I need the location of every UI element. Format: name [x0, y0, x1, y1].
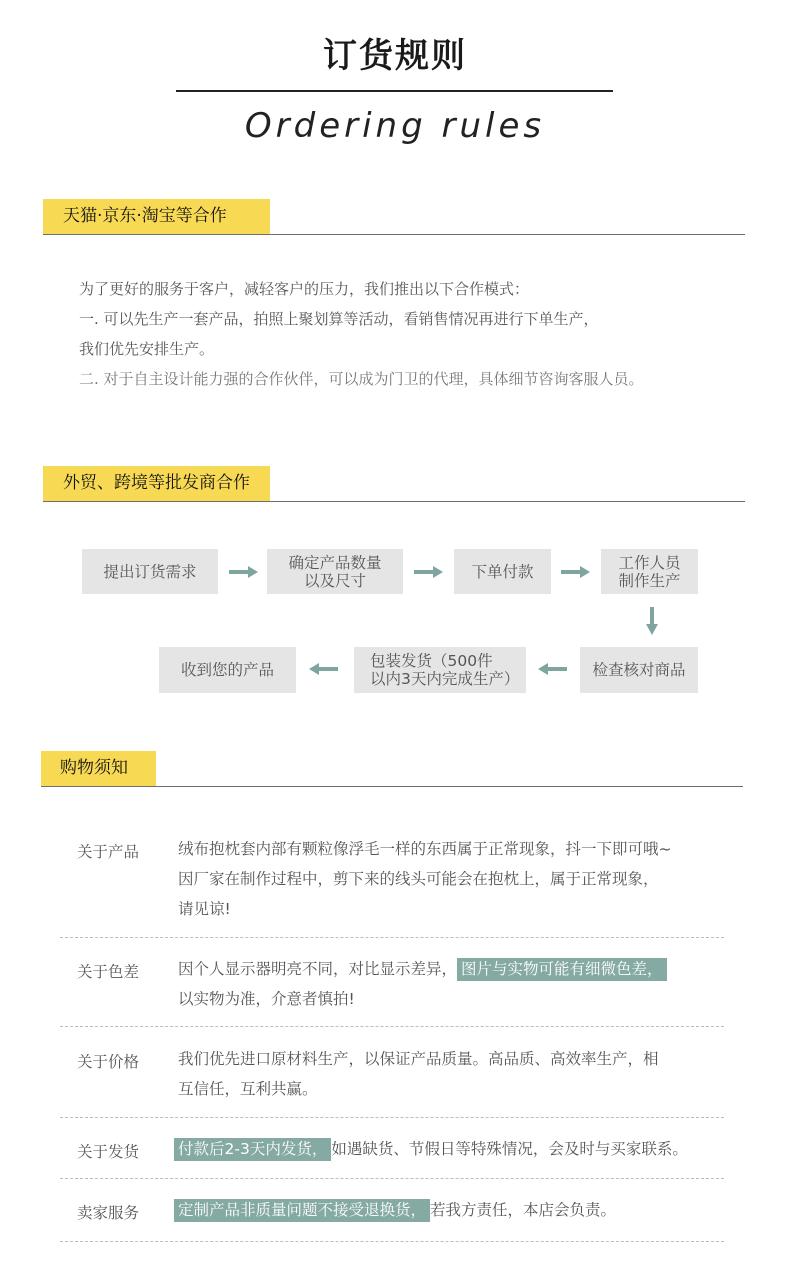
notice-text: 若我方责任，本店会负责。 [430, 1201, 616, 1219]
notice-label: 卖家服务 [77, 1201, 139, 1223]
section-title: 外贸、跨境等批发商合作 [43, 466, 270, 501]
flow-step-submit-order: 提出订货需求 [82, 549, 218, 594]
flow-step-payment: 下单付款 [454, 549, 551, 594]
section-title: 购物须知 [41, 751, 156, 786]
flow-step-inspection: 检查核对商品 [580, 647, 698, 693]
notice-row-seller-service: 卖家服务 定制产品非质量问题不接受退换货，若我方责任，本店会负责。 [60, 1179, 724, 1242]
notice-row-product: 关于产品 绒布抱枕套内部有颗粒像浮毛一样的东西属于正常现象，抖一下即可哦~ 因厂… [60, 827, 724, 938]
notice-highlight: 付款后2-3天内发货， [174, 1138, 331, 1161]
arrow-left-icon [318, 667, 338, 671]
notice-body: 绒布抱枕套内部有颗粒像浮毛一样的东西属于正常现象，抖一下即可哦~ 因厂家在制作过… [178, 834, 724, 924]
intro-line: 为了更好的服务于客户，减轻客户的压力，我们推出以下合作模式： [79, 274, 644, 304]
arrow-left-icon [547, 667, 567, 671]
notice-text: 如遇缺货、节假日等特殊情况，会及时与买家联系。 [331, 1140, 688, 1158]
flow-step-production: 工作人员 制作生产 [601, 549, 698, 594]
notice-row-price: 关于价格 我们优先进口原材料生产，以保证产品质量。高品质、高效率生产，相 互信任… [60, 1027, 724, 1118]
notice-text: 以实物为准，介意者慎拍! [178, 984, 724, 1014]
intro-line: 一. 可以先生产一套产品，拍照上聚划算等活动，看销售情况再进行下单生产， [79, 304, 644, 334]
arrow-down-icon [650, 607, 654, 625]
notice-text: 因厂家在制作过程中，剪下来的线头可能会在抱枕上，属于正常现象， [178, 864, 724, 894]
notice-row-color-difference: 关于色差 因个人显示器明亮不同，对比显示差异，图片与实物可能有细微色差， 以实物… [60, 938, 724, 1027]
notice-body: 因个人显示器明亮不同，对比显示差异，图片与实物可能有细微色差， 以实物为准，介意… [178, 954, 724, 1014]
section-divider [43, 501, 745, 502]
notice-text: 因个人显示器明亮不同，对比显示差异， [178, 960, 457, 978]
notice-label: 关于价格 [77, 1050, 139, 1072]
notice-text: 我们优先进口原材料生产，以保证产品质量。高品质、高效率生产，相 [178, 1044, 724, 1074]
flow-step-confirm-quantity: 确定产品数量 以及尺寸 [267, 549, 403, 594]
intro-line: 二. 对于自主设计能力强的合作伙伴，可以成为门卫的代理，具体细节咨询客服人员。 [79, 364, 644, 394]
notice-label: 关于色差 [77, 960, 139, 982]
arrow-right-icon [414, 570, 434, 574]
notice-label: 关于产品 [77, 840, 139, 862]
section-header-platform-cooperation: 天猫·京东·淘宝等合作 [43, 199, 745, 235]
notice-text: 请见谅! [178, 894, 724, 924]
section-title: 天猫·京东·淘宝等合作 [43, 199, 270, 234]
notice-label: 关于发货 [77, 1140, 139, 1162]
section-header-wholesale-cooperation: 外贸、跨境等批发商合作 [43, 466, 745, 502]
notice-text: 绒布抱枕套内部有颗粒像浮毛一样的东西属于正常现象，抖一下即可哦~ [178, 834, 724, 864]
notice-text: 互信任，互利共赢。 [178, 1074, 724, 1104]
arrow-right-icon [561, 570, 581, 574]
page-title-en: Ordering rules [0, 106, 790, 146]
section-divider [43, 234, 745, 235]
flow-step-receive-product: 收到您的产品 [159, 647, 296, 693]
notice-body: 付款后2-3天内发货，如遇缺货、节假日等特殊情况，会及时与买家联系。 [174, 1134, 724, 1164]
section-divider [41, 786, 743, 787]
intro-line: 我们优先安排生产。 [79, 334, 644, 364]
notice-highlight: 定制产品非质量问题不接受退换货， [174, 1199, 430, 1222]
notice-highlight: 图片与实物可能有细微色差， [457, 958, 667, 981]
flow-step-packing-shipping: 包装发货（500件 以内3天内完成生产） [354, 647, 526, 693]
platform-cooperation-text: 为了更好的服务于客户，减轻客户的压力，我们推出以下合作模式： 一. 可以先生产一… [79, 274, 644, 394]
section-header-shopping-notice: 购物须知 [41, 751, 743, 787]
notice-body: 定制产品非质量问题不接受退换货，若我方责任，本店会负责。 [174, 1195, 724, 1225]
title-divider [176, 90, 613, 92]
notice-row-shipping: 关于发货 付款后2-3天内发货，如遇缺货、节假日等特殊情况，会及时与买家联系。 [60, 1118, 724, 1179]
notice-body: 我们优先进口原材料生产，以保证产品质量。高品质、高效率生产，相 互信任，互利共赢… [178, 1044, 724, 1104]
arrow-right-icon [229, 570, 249, 574]
page-title-cn: 订货规则 [0, 28, 790, 77]
